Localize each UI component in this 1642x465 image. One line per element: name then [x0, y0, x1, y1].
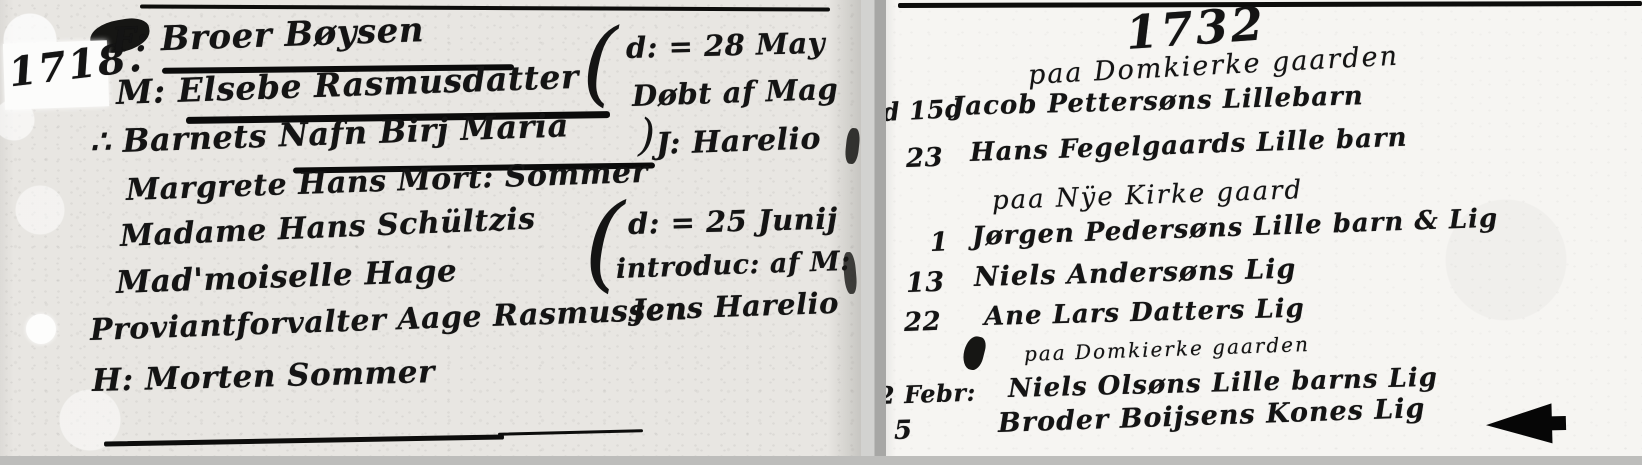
register-scan: 1718. F: Broer Bøysen M: Elsebe Rasmusda…: [0, 0, 1642, 465]
record-line-witness-3: Mad'moiselle Hage: [115, 256, 457, 299]
entry-day: 5: [894, 417, 913, 444]
page-gutter: [861, 0, 886, 465]
margin-bracket-close-1: ): [638, 116, 655, 156]
entry-day: 13: [906, 269, 945, 297]
entry-text: Niels Andersøns Lig: [974, 256, 1297, 291]
record-line-father: F: Broer Bøysen: [111, 13, 424, 58]
record-line-witness-5: H: Morten Sommer: [92, 357, 436, 397]
margin-note-date-1: d: = 28 May: [626, 29, 826, 63]
arrow-tail: [1550, 416, 1566, 430]
entry-day: 1: [930, 229, 949, 256]
entry-text: Jacob Pettersøns Lillebarn: [952, 83, 1364, 120]
margin-note-baptised-by: Døbt af Mag: [631, 75, 838, 111]
record-line-witness-1: Margrete Hans Mort: Sommer: [125, 158, 648, 206]
sub-note-domkirke: paa Domkierke gaarden: [1024, 334, 1311, 364]
margin-note-pastor-1: J: Harelio: [655, 124, 821, 160]
page-edge-fragment: [842, 252, 858, 295]
margin-bracket-open-1: (: [582, 22, 618, 105]
hole-punch: [26, 314, 56, 344]
entry-day: 23: [906, 145, 944, 172]
ink-flourish: [960, 334, 988, 372]
scan-bottom-edge: [0, 456, 1642, 465]
section-heading-nye-kirke: paa Nÿe Kirke gaard: [992, 177, 1304, 214]
margin-note-introduced-by: introduc: af M:: [616, 248, 852, 283]
record-line-witness-2: Madame Hans Schültzis: [119, 205, 536, 252]
year-label-patch: 1718.: [3, 40, 109, 110]
record-line-child-name: ∴ Barnets Nafn Birj Maria: [89, 109, 569, 158]
top-rule-right: [898, 1, 1642, 8]
entry-day: 2 Febr:: [886, 381, 976, 408]
entry-text: Hans Fegelgaards Lille barn: [970, 125, 1408, 166]
right-page-1732: 1732 paa Domkierke gaarden d 15d Jacob P…: [886, 0, 1642, 465]
bottom-rule-left: [104, 435, 504, 447]
left-page-1718: 1718. F: Broer Bøysen M: Elsebe Rasmusda…: [0, 0, 862, 465]
entry-day: 22: [904, 309, 942, 336]
entry-text: Ane Lars Datters Lig: [984, 296, 1305, 330]
top-rule-left: [140, 4, 830, 11]
bottom-rule-left-taper: [498, 429, 643, 436]
arrow-head: [1485, 403, 1552, 445]
margin-note-date-2: d: = 25 Junij: [628, 205, 839, 239]
left-arrow-icon: [1485, 403, 1568, 447]
page-edge-fragment: [844, 127, 861, 164]
margin-note-pastor-2: Jens Harelio: [631, 289, 839, 325]
